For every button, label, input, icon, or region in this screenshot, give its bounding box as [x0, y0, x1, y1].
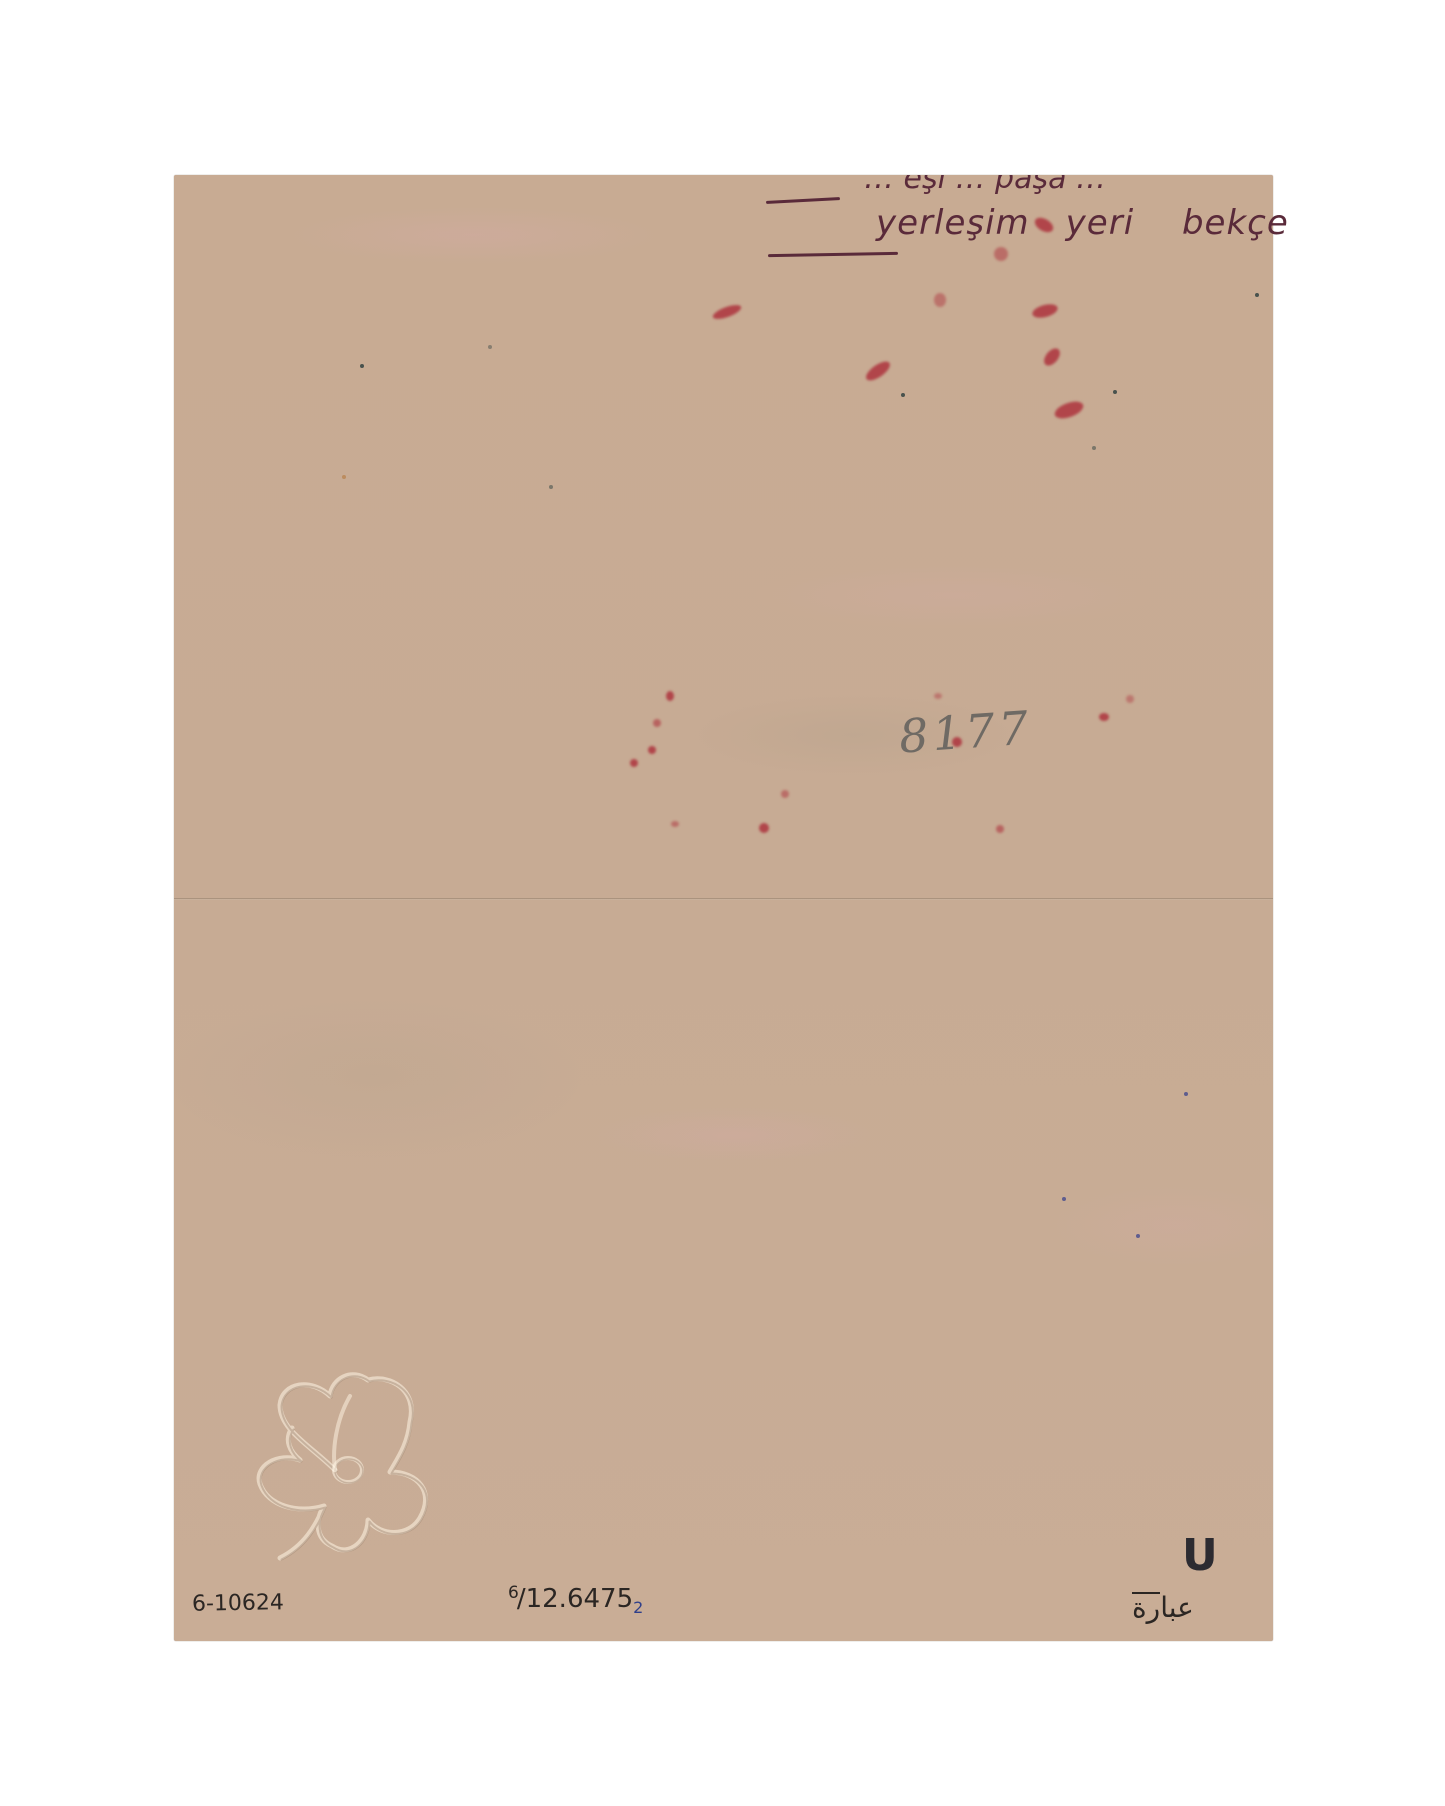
flower-emblem-icon — [240, 1360, 440, 1580]
catalog-subscript: 2 — [633, 1598, 643, 1617]
arabic-annotation: عبارة — [1132, 1591, 1194, 1624]
stamp-letter: U — [1182, 1530, 1218, 1581]
overline-stroke — [766, 197, 840, 204]
handwritten-note: yerleşimyeri bekçe — [876, 203, 1289, 243]
underline-stroke — [768, 252, 898, 257]
pencil-number: 8177 — [897, 700, 1034, 763]
fold-line — [174, 898, 1273, 900]
catalog-number-left: 6-10624 — [192, 1590, 284, 1617]
document-card: … eşi … paşa … yerleşimyeri bekçe 8177 6… — [174, 175, 1273, 1641]
handwritten-word-2: yeri — [1066, 203, 1134, 243]
handwritten-word-1: yerleşim — [876, 203, 1030, 243]
catalog-number-center: 6/12.64752 — [508, 1583, 643, 1617]
catalog-prefix: 6 — [508, 1583, 519, 1603]
handwritten-word-3: bekçe — [1182, 203, 1289, 243]
catalog-main: 12.6475 — [526, 1584, 634, 1614]
partial-handwritten-line: … eşi … paşa … — [864, 161, 1106, 196]
